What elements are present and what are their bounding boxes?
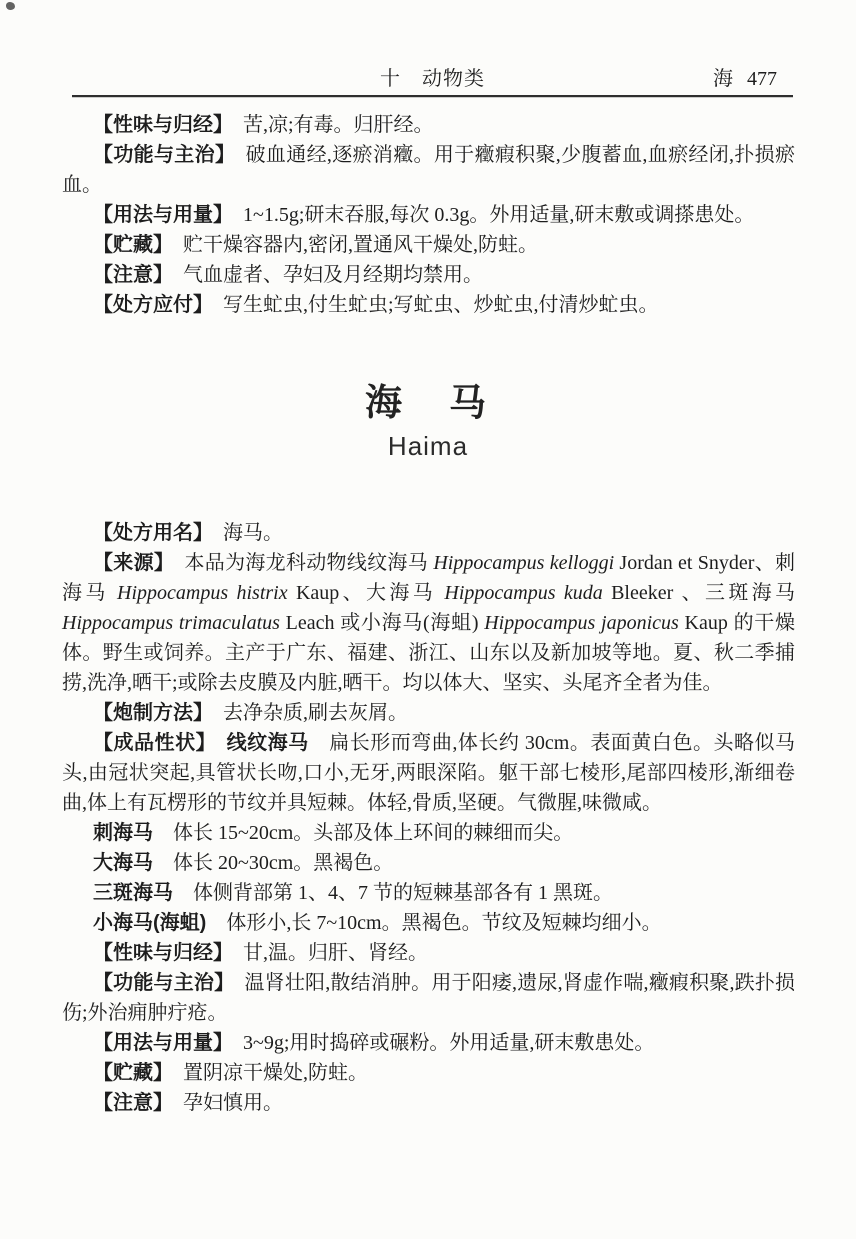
book-page: 十 动物类 海477 【性味与归经】 苦,凉;有毒。归肝经。 【功能与主治】 破… (0, 0, 856, 1239)
paragraph-zhuyi: 【注意】 孕妇慎用。 (62, 1088, 795, 1118)
group-character: 海 (713, 68, 733, 90)
paragraph-chengpin-xingzhuang: 【成品性状】 线纹海马 扁长形而弯曲,体长约 30cm。表面黄白色。头略似马头,… (62, 728, 795, 818)
page-number: 477 (747, 68, 777, 90)
paragraph-chufang-yongming: 【处方用名】 海马。 (62, 518, 795, 548)
paragraph-gongneng-zhuzhi: 【功能与主治】 温肾壮阳,散结消肿。用于阳痿,遗尿,肾虚作喘,癥瘕积聚,跌扑损伤… (62, 968, 795, 1028)
paragraph-xiao-haima: 小海马(海蛆) 体形小,长 7~10cm。黑褐色。节纹及短棘均细小。 (62, 908, 795, 938)
paragraph-gongneng-zhuzhi: 【功能与主治】 破血通经,逐瘀消癥。用于癥瘕积聚,少腹蓄血,血瘀经闭,扑损瘀血。 (62, 140, 795, 200)
paragraph-zhuyi: 【注意】 气血虚者、孕妇及月经期均禁用。 (62, 260, 795, 290)
header-divider-rule (72, 95, 793, 97)
paragraph-ci-haima: 刺海马 体长 15~20cm。头部及体上环间的棘细而尖。 (62, 818, 795, 848)
page-marker: 海477 (713, 62, 777, 91)
entry-title: 海 马 (0, 383, 856, 425)
page-header: 十 动物类 海477 (72, 62, 793, 88)
paragraph-zhucang: 【贮藏】 贮干燥容器内,密闭,置通风干燥处,防蛀。 (62, 230, 795, 260)
paragraph-zhucang: 【贮藏】 置阴凉干燥处,防蛀。 (62, 1058, 795, 1088)
paragraph-da-haima: 大海马 体长 20~30cm。黑褐色。 (62, 848, 795, 878)
paragraph-laiyuan: 【来源】 本品为海龙科动物线纹海马 Hippocampus kelloggi J… (62, 548, 795, 698)
entry-title-block: 海 马 Haima (0, 383, 856, 460)
entry-romanization: Haima (0, 432, 856, 460)
paragraph-yongfa-yongliang: 【用法与用量】 3~9g;用时捣碎或碾粉。外用适量,研末敷患处。 (62, 1028, 795, 1058)
paragraph-sanban-haima: 三斑海马 体侧背部第 1、4、7 节的短棘基部各有 1 黑斑。 (62, 878, 795, 908)
entry-body: 【处方用名】 海马。 【来源】 本品为海龙科动物线纹海马 Hippocampus… (62, 518, 795, 1118)
paragraph-yongfa-yongliang: 【用法与用量】 1~1.5g;研末吞服,每次 0.3g。外用适量,研末敷或调搽患… (62, 200, 795, 230)
previous-entry-tail: 【性味与归经】 苦,凉;有毒。归肝经。 【功能与主治】 破血通经,逐瘀消癥。用于… (62, 110, 795, 320)
paragraph-xingwei-guijing: 【性味与归经】 苦,凉;有毒。归肝经。 (62, 110, 795, 140)
scan-speck (6, 2, 15, 10)
chapter-heading: 十 动物类 (72, 62, 793, 91)
paragraph-chufang-yingfu: 【处方应付】 写生虻虫,付生虻虫;写虻虫、炒虻虫,付清炒虻虫。 (62, 290, 795, 320)
paragraph-xingwei-guijing: 【性味与归经】 甘,温。归肝、肾经。 (62, 938, 795, 968)
paragraph-paozhi-fangfa: 【炮制方法】 去净杂质,刷去灰屑。 (62, 698, 795, 728)
